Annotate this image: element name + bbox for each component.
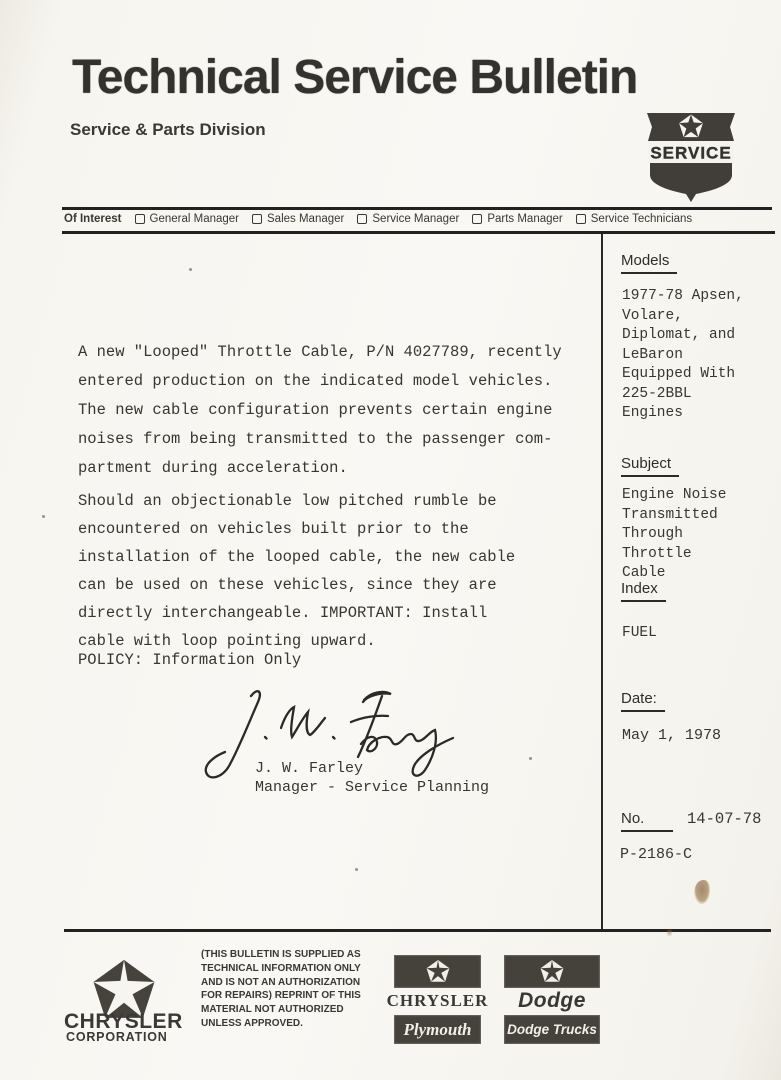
- distribution-item-label: Service Technicians: [591, 213, 692, 225]
- sidebar-subject-value: Engine Noise Transmitted Through Throttl…: [622, 486, 772, 584]
- dodge-wordmark: Dodge: [518, 989, 586, 1013]
- sidebar-models-value: 1977-78 Apsen, Volare, Diplomat, and LeB…: [622, 287, 772, 424]
- distribution-row: Of Interest General Manager Sales Manage…: [64, 213, 774, 225]
- checkbox-icon: [135, 214, 145, 224]
- sidebar-divider: [601, 234, 603, 931]
- sidebar-index-value: FUEL: [622, 624, 657, 644]
- sidebar-date-value: May 1, 1978: [622, 727, 721, 744]
- plymouth-wordmark: Plymouth: [403, 1020, 471, 1040]
- distribution-item-label: General Manager: [150, 213, 240, 225]
- speck: [529, 757, 532, 760]
- speck: [355, 868, 358, 871]
- speck: [189, 268, 192, 271]
- checkbox-icon: [252, 214, 262, 224]
- bulletin-page: Technical Service Bulletin Service & Par…: [0, 0, 781, 1080]
- body-paragraph-1: A new "Looped" Throttle Cable, P/N 40277…: [78, 338, 598, 483]
- distribution-item-sales-manager: Sales Manager: [252, 213, 344, 225]
- stain: [694, 880, 710, 904]
- footer-disclaimer: (THIS BULLETIN IS SUPPLIED AS TECHNICAL …: [201, 948, 379, 1031]
- chrysler-wordmark: CHRYSLER: [387, 991, 489, 1011]
- bulletin-code: P-2186-C: [620, 846, 692, 863]
- chrysler-brand-box: [394, 955, 481, 988]
- sidebar-heading-date: Date:: [621, 690, 665, 712]
- distribution-item-label: Parts Manager: [487, 213, 562, 225]
- sidebar-heading-models: Models: [621, 252, 677, 274]
- distribution-item-service-technicians: Service Technicians: [576, 213, 692, 225]
- pentastar-icon: [537, 958, 567, 986]
- distribution-item-parts-manager: Parts Manager: [472, 213, 562, 225]
- distribution-item-label: Sales Manager: [267, 213, 344, 225]
- checkbox-icon: [576, 214, 586, 224]
- body-paragraph-2: Should an objectionable low pitched rumb…: [78, 487, 598, 655]
- checkbox-icon: [357, 214, 367, 224]
- brand-column-dodge-dodgetrucks: Dodge Dodge Trucks: [504, 955, 600, 1044]
- service-shield-badge: SERVICE SERVICE: [644, 111, 738, 212]
- corporation-wordmark-sub: CORPORATION: [66, 1030, 281, 1044]
- rule-bottom: [64, 929, 771, 932]
- speck: [42, 515, 45, 518]
- sidebar-heading-index: Index: [621, 580, 666, 602]
- sidebar-heading-subject: Subject: [621, 455, 679, 477]
- distribution-item-label: Service Manager: [372, 213, 459, 225]
- division-subtitle: Service & Parts Division: [70, 120, 266, 140]
- dodge-trucks-wordmark: Dodge Trucks: [507, 1022, 597, 1037]
- pentastar-icon: [423, 958, 453, 986]
- sidebar-heading-number: No.: [621, 810, 673, 832]
- brand-column-chrysler-plymouth: CHRYSLER Plymouth: [394, 955, 481, 1044]
- sidebar-number-row: No. 14-07-78: [621, 810, 761, 832]
- page-title: Technical Service Bulletin: [72, 50, 762, 105]
- rule-top: [62, 207, 772, 210]
- distribution-item-service-manager: Service Manager: [357, 213, 459, 225]
- rule-under-distribution: [62, 231, 775, 234]
- dodge-brand-box: [504, 955, 600, 988]
- signature-typed-block: J. W. Farley Manager - Service Planning: [255, 760, 489, 797]
- distribution-label: Of Interest: [64, 213, 122, 225]
- checkbox-icon: [472, 214, 482, 224]
- distribution-item-general-manager: General Manager: [135, 213, 240, 225]
- bulletin-number: 14-07-78: [687, 810, 761, 828]
- policy-line: POLICY: Information Only: [78, 651, 301, 669]
